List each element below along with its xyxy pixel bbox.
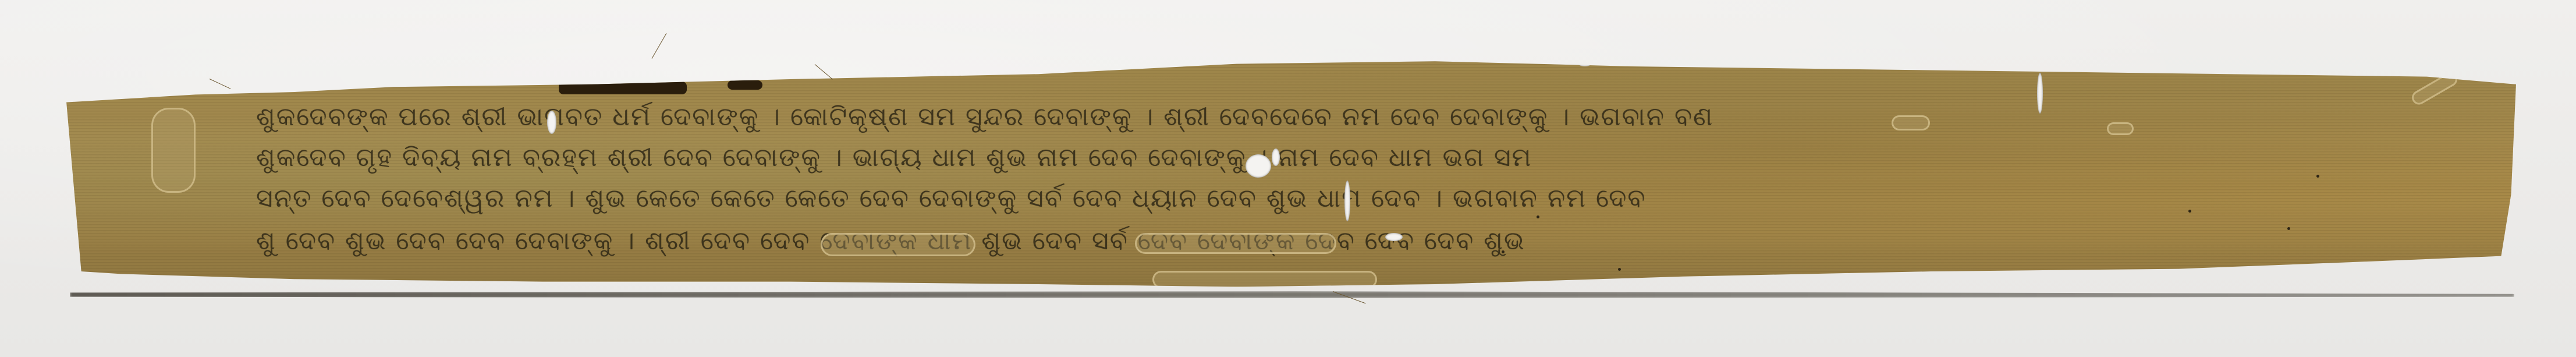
wormhole — [547, 111, 556, 134]
ink-speck — [2188, 210, 2191, 213]
worm-track — [2107, 122, 2134, 135]
worm-track — [1135, 233, 1336, 254]
script-line-3: ସନ୍ତ ଦେବ ଦେବେଶ୍ୱର ନମ । ଶୁଭ କେତେ କେତେ କେତ… — [256, 183, 1646, 213]
edge-damage — [728, 80, 762, 90]
ink-speck — [2287, 227, 2290, 230]
binding-string-hole — [1344, 181, 1350, 221]
script-line-1: ଶୁକଦେବଙ୍କ ପରେ ଶ୍ରୀ ଭାଗବତ ଧର୍ମ ଦେବାଙ୍କୁ ।… — [256, 102, 1713, 132]
worm-track — [821, 233, 975, 256]
worm-track — [1892, 115, 1930, 130]
wormhole — [1385, 233, 1403, 241]
ink-speck — [2316, 175, 2319, 178]
wormhole — [1246, 154, 1271, 178]
wormhole — [1272, 149, 1280, 166]
ink-speck — [1502, 250, 1505, 253]
binding-string-hole — [2037, 73, 2043, 114]
ink-speck — [1537, 215, 1539, 218]
worm-track — [151, 108, 196, 193]
ink-speck — [1618, 268, 1621, 271]
script-line-2: ଶୁକଦେବ ଗୃହ ଦିବ୍ୟ ନାମ ବ୍ରହ୍ମ ଶ୍ରୀ ଦେବ ଦେବ… — [256, 143, 1532, 172]
